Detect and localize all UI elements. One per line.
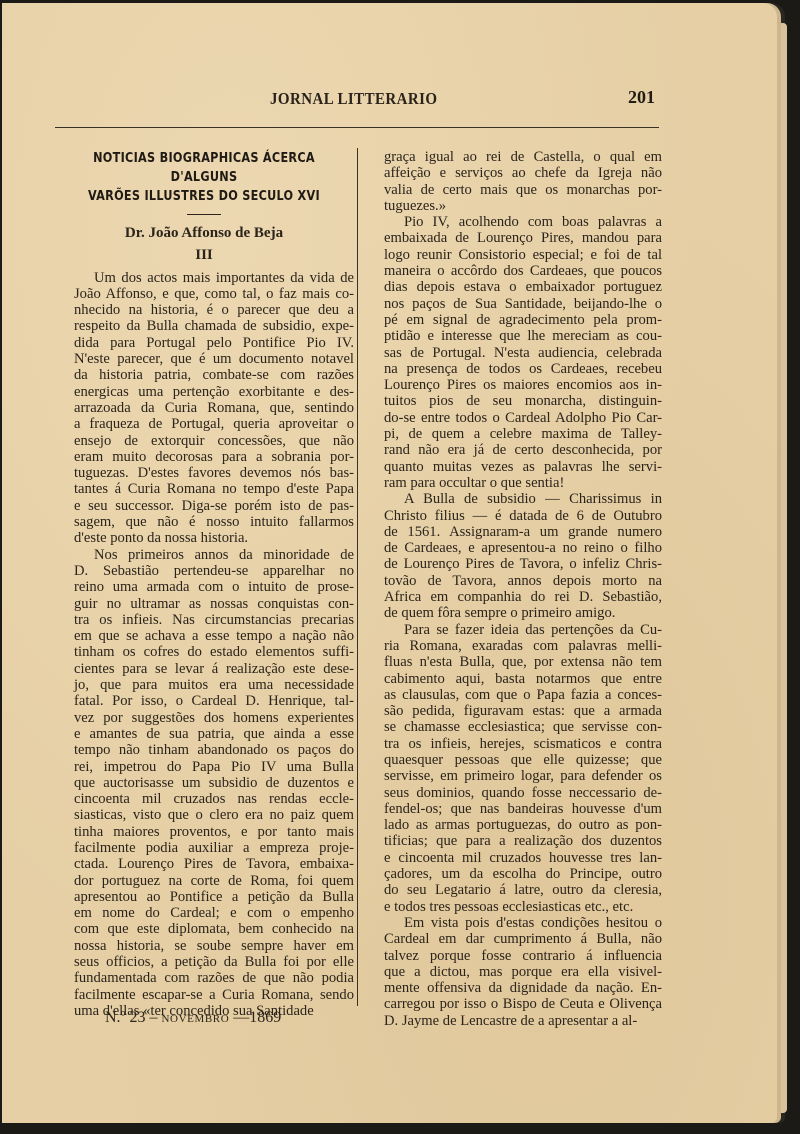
text-line: N'este parecer, que é um documento notav… — [54, 351, 354, 367]
text-line: tra os infieis, herejes, scismaticos e c… — [364, 736, 662, 752]
text-line: A Bulla de subsidio — Charissimus in — [364, 491, 662, 507]
text-line: tificias; que para a realização dos duze… — [364, 833, 662, 849]
title-dash-divider — [187, 214, 221, 215]
text-line: e cincoenta mil cruzados houvesse tres l… — [364, 850, 662, 866]
text-line: rand não era já de certo desconhecida, p… — [364, 442, 662, 458]
text-line: valia de certo mais que os monarchas por… — [364, 182, 662, 198]
text-line: de Cardeaes, e apresentou-a no reino o f… — [364, 540, 662, 556]
text-line: que a dictou, mas porque era ella visive… — [364, 964, 662, 980]
text-line: çadores, um da escolha do Principe, outr… — [364, 866, 662, 882]
article-title-line-1: NOTICIAS BIOGRAPHICAS ÁCERCA D'ALGUNS — [66, 149, 342, 187]
text-line: ptidão e interesse que lhe mereciam as c… — [364, 328, 662, 344]
text-line: facilmente podia auxiliar a empreza proj… — [54, 840, 354, 856]
text-line: se chamasse ecclesiastica; que servisse … — [364, 719, 662, 735]
text-line: servisse, em primeiro logar, para defend… — [364, 768, 662, 784]
text-line: de Lourenço Pires de Tavora, o infeliz C… — [364, 556, 662, 572]
text-line: embaixada de Lourenço Pires, mandou para — [364, 230, 662, 246]
text-line: eram muito decorosas para a sobrania por… — [54, 449, 354, 465]
text-line: tuguezes.» — [364, 198, 662, 214]
text-line: de quem fôra sempre o primeiro amigo. — [364, 605, 662, 621]
paragraph: Nos primeiros annos da minoridade deD. S… — [54, 547, 354, 1020]
text-line: quaesquer pessoas que elle quizesse; que — [364, 752, 662, 768]
running-head: JORNAL LITTERARIO 201 — [2, 89, 777, 117]
text-line: respeito da Bulla chamada de subsidio, e… — [54, 318, 354, 334]
text-line: talvez porque fosse contrario á influenc… — [364, 948, 662, 964]
journal-page: JORNAL LITTERARIO 201 NOTICIAS BIOGRAPHI… — [2, 3, 777, 1123]
paragraph: graça igual ao rei de Castella, o qual e… — [364, 149, 662, 214]
section-number: III — [54, 247, 354, 263]
text-line: siasticas, visto que o clero era no paiz… — [54, 807, 354, 823]
text-line: a fraqueza de Portugal, queria aproveita… — [54, 416, 354, 432]
text-line: Um dos actos mais importantes da vida de — [54, 270, 354, 286]
text-line: cientes para se levar á realização este … — [54, 661, 354, 677]
text-line: em nome do Cardeal; e com o empenho — [54, 905, 354, 921]
text-line: tantes á Curia Romana no tempo d'este Pa… — [54, 481, 354, 497]
text-line: sagem, que não é nosso intuito fallarmos — [54, 514, 354, 530]
text-line: tempo não tinham abandonado os paços do — [54, 742, 354, 758]
text-line: tra os infieis. Nas circumstancias preca… — [54, 612, 354, 628]
text-line: do-se entre todos o Cardeal Adolpho Pio … — [364, 410, 662, 426]
left-column: NOTICIAS BIOGRAPHICAS ÁCERCA D'ALGUNS VA… — [54, 149, 354, 1019]
text-line: nhecido na historia, é o parecer que deu… — [54, 302, 354, 318]
text-line: mente offensiva da dignidade da nação. E… — [364, 980, 662, 996]
left-column-body: Um dos actos mais importantes da vida de… — [54, 270, 354, 1020]
text-line: as clausulas, com que o Papa fazia a con… — [364, 687, 662, 703]
text-line: tuitos pios de seu monarcha, distinguin- — [364, 393, 662, 409]
text-line: Em vista pois d'estas condições hesitou … — [364, 915, 662, 931]
issue-year: —1869 — [233, 1009, 281, 1026]
text-line: cabimento aqui, basta notarmos que entre — [364, 671, 662, 687]
text-line: fendel-os; que nas bandeiras houvesse d'… — [364, 801, 662, 817]
article-title: NOTICIAS BIOGRAPHICAS ÁCERCA D'ALGUNS VA… — [66, 149, 342, 206]
text-line: são pedida, figuravam estas: que a armad… — [364, 703, 662, 719]
paragraph: A Bulla de subsidio — Charissimus inChri… — [364, 491, 662, 621]
text-line: affeição e serviços ao chefe da Igreja n… — [364, 165, 662, 181]
text-line: reino uma armada com o intuito de prose- — [54, 579, 354, 595]
issue-footer: N.º 23 – NOVEMBRO —1869 — [105, 1009, 281, 1027]
text-line: e seu successor. Diga-se porém isto de p… — [54, 498, 354, 514]
right-column: graça igual ao rei de Castella, o qual e… — [364, 149, 662, 1029]
text-line: energicas uma pertenção exorbitante e de… — [54, 384, 354, 400]
text-line: Cardeal em dar cumprimento á Bulla, não — [364, 931, 662, 947]
text-line: dor portuguez na corte de Roma, foi quem — [54, 873, 354, 889]
text-line: pi, de quem a celebre maxima de Talley- — [364, 426, 662, 442]
text-line: e todos tres pessoas ecclesiasticas etc.… — [364, 899, 662, 915]
text-line: tuguezas. D'estes favores devemos nós ba… — [54, 465, 354, 481]
text-line: vez por suggestões dos homens experiente… — [54, 710, 354, 726]
text-line: Lourenço Pires os maiores encomios aos i… — [364, 377, 662, 393]
text-line: rei, impetrou do Papa Pio IV uma Bulla — [54, 759, 354, 775]
article-title-line-2: VARÕES ILLUSTRES DO SECULO XVI — [66, 187, 342, 206]
text-line: ria Romana, exaradas com palavras melli- — [364, 638, 662, 654]
text-line: D. Jayme de Lencastre de a apresentar a … — [364, 1013, 662, 1029]
text-line: lado as armas portuguezas, do outro as p… — [364, 817, 662, 833]
paragraph: Em vista pois d'estas condições hesitou … — [364, 915, 662, 1029]
text-line: em que se achava a esse tempo a nação nã… — [54, 628, 354, 644]
text-line: graça igual ao rei de Castella, o qual e… — [364, 149, 662, 165]
text-line: Nos primeiros annos da minoridade de — [54, 547, 354, 563]
text-line: e amantes de sua patria, que ainda a ess… — [54, 726, 354, 742]
text-line: quanto muitas vezes as palavras lhe serv… — [364, 459, 662, 475]
text-line: apresentou ao Pontifice a petição da Bul… — [54, 889, 354, 905]
text-line: d'este ponto da nossa historia. — [54, 530, 354, 546]
text-line: Africa em companhia do rei D. Sebastião, — [364, 589, 662, 605]
text-line: dida para Portugal pelo Pontifice Pio IV… — [54, 335, 354, 351]
page-edge — [781, 23, 787, 1113]
text-line: nos paços de Sua Santidade, beijando-lhe… — [364, 296, 662, 312]
text-line: logo reunir Consistorio especial; e foi … — [364, 247, 662, 263]
paragraph: Pio IV, acolhendo com boas palavras aemb… — [364, 214, 662, 491]
page-number: 201 — [628, 87, 655, 108]
column-divider — [357, 148, 358, 1006]
text-line: guir no ultramar as nossas conquistas co… — [54, 596, 354, 612]
text-line: D. Sebastião pertendeu-se apparelhar no — [54, 563, 354, 579]
text-line: pé em signal de agradecimento pela prom- — [364, 312, 662, 328]
paragraph: Um dos actos mais importantes da vida de… — [54, 270, 354, 547]
text-line: arrazoada da Curia Romana, que, sentindo — [54, 400, 354, 416]
text-line: maneira o accôrdo dos Cardeaes, que pouc… — [364, 263, 662, 279]
text-line: tinham os cofres do estado elementos suf… — [54, 644, 354, 660]
text-line: carregou por isso o Bispo de Ceuta e Oli… — [364, 996, 662, 1012]
text-line: que auctorisasse um subsidio de duzentos… — [54, 775, 354, 791]
text-line: seus officios, a petição da Bulla foi po… — [54, 954, 354, 970]
text-line: Pio IV, acolhendo com boas palavras a — [364, 214, 662, 230]
text-line: na presença de todos os Cardeaes, recebe… — [364, 361, 662, 377]
text-line: seus dominios, quando fosse neccessario … — [364, 785, 662, 801]
paragraph: Para se fazer ideia das pertenções da Cu… — [364, 622, 662, 915]
text-line: fatal. Por isso, o Cardeal D. Henrique, … — [54, 693, 354, 709]
text-line: ctada. Lourenço Pires de Tavora, embaixa… — [54, 856, 354, 872]
text-line: Para se fazer ideia das pertenções da Cu… — [364, 622, 662, 638]
text-line: com que este diplomata, bem conhecido na — [54, 921, 354, 937]
text-line: do seu Legatario á latre, outro da clere… — [364, 882, 662, 898]
text-line: cincoenta mil cruzados nas rendas eccle- — [54, 791, 354, 807]
text-line: dias depois estava o embaixador portugue… — [364, 279, 662, 295]
text-line: da historia patria, combate-se com razõe… — [54, 367, 354, 383]
text-line: ensejo de extorquir concessões, que não — [54, 433, 354, 449]
author-heading: Dr. João Affonso de Beja — [54, 225, 354, 241]
text-line: João Affonso, e que, como tal, o faz mai… — [54, 286, 354, 302]
right-column-body: graça igual ao rei de Castella, o qual e… — [364, 149, 662, 1029]
text-line: nossa historia, se soube sempre haver em — [54, 938, 354, 954]
text-line: ram para occultar o que sentia! — [364, 475, 662, 491]
text-line: facilmente escapar-se a Curia Romana, se… — [54, 987, 354, 1003]
issue-number: N.º 23 – — [105, 1009, 158, 1026]
text-line: sas de Portugal. N'esta audiencia, celeb… — [364, 345, 662, 361]
text-line: fluas n'esta Bulla, que, por extensa não… — [364, 654, 662, 670]
issue-month: NOVEMBRO — [162, 1013, 230, 1025]
text-line: tinha maiores proventos, e por tanto mai… — [54, 824, 354, 840]
text-line: tovão de Tavora, annos depois morto na — [364, 573, 662, 589]
text-line: jo, que para muitos era uma necessidade — [54, 677, 354, 693]
journal-title: JORNAL LITTERARIO — [270, 89, 438, 109]
text-line: Christo filius — é datada de 6 de Outubr… — [364, 508, 662, 524]
text-line: de 1561. Assignaram-a um grande numero — [364, 524, 662, 540]
header-rule — [55, 127, 659, 128]
text-line: fundamentada com razões de que não podia — [54, 970, 354, 986]
